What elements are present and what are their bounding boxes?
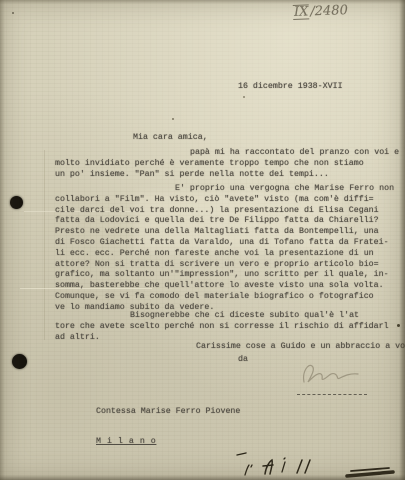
- paragraph-3: Bisognerebbe che ci diceste subito qual'…: [55, 311, 405, 343]
- salutation: Mia cara amica,: [133, 133, 208, 142]
- paper-speck: [12, 12, 14, 14]
- closing-line: Carissime cose a Guido e un abbraccio a …: [196, 342, 405, 351]
- letter-scan-page: IX/2480 16 dicembre 1938-XVII Mia cara a…: [0, 0, 405, 480]
- text-line: li ecc. ecc. Perché non fareste anche vo…: [55, 249, 405, 260]
- signature-rule: [297, 394, 367, 395]
- paragraph-2: E' proprio una vergogna che Marise Ferro…: [55, 184, 405, 314]
- text-line: E' proprio una vergogna che Marise Ferro…: [55, 184, 405, 195]
- text-line: Presto ne vedrete una della Maltagliati …: [55, 227, 405, 238]
- text-line: cile darci del voi tra donne...) la pres…: [55, 206, 405, 217]
- recipient-name: Contessa Marise Ferro Piovene: [96, 406, 240, 418]
- text-line: di Fosco Giachetti fatta da Varaldo, una…: [55, 238, 405, 249]
- bottom-ink-annotation: [185, 448, 405, 480]
- text-line: molto invidiato perché è veramente tropp…: [55, 159, 405, 170]
- paper-speck: [243, 96, 245, 98]
- text-line: Comunque, se vi fa comodo del materiale …: [55, 292, 405, 303]
- handwritten-signature: [298, 358, 370, 392]
- text-line: un po' insieme. "Pan" si perde nella not…: [55, 170, 405, 181]
- text-line: collabori a "Film". Ha visto, ciò "avete…: [55, 195, 405, 206]
- date-line: 16 dicembre 1938-XVII: [238, 82, 343, 91]
- signoff-da: da: [238, 355, 248, 364]
- paper-speck: [172, 118, 174, 120]
- text-line: attore? Non si tratta di scrivere un ver…: [55, 260, 405, 271]
- archival-roman-numeral: IX: [293, 4, 310, 20]
- scan-edge-left: [0, 0, 5, 480]
- punch-hole-bottom: [12, 354, 27, 369]
- text-line: grafico, ma soltanto un'"impression", un…: [55, 270, 405, 281]
- recipient-city: M i l a n o: [96, 436, 240, 448]
- archival-number-annotation: IX/2480: [293, 3, 348, 20]
- paper-crease-vertical: [44, 150, 45, 340]
- text-line: tore che avete scelto perché non si corr…: [55, 322, 405, 333]
- archival-number: /2480: [310, 3, 348, 19]
- paragraph-1: papà mi ha raccontato del pranzo con voi…: [55, 148, 405, 180]
- punch-hole-top: [10, 196, 23, 209]
- text-line: somma, basterebbe che quell'attore lo av…: [55, 281, 405, 292]
- text-line: papà mi ha raccontato del pranzo con voi…: [55, 148, 405, 159]
- text-line: Bisognerebbe che ci diceste subito qual'…: [55, 311, 405, 322]
- text-line: fatta da Lodovici e quella dei tre De Fi…: [55, 216, 405, 227]
